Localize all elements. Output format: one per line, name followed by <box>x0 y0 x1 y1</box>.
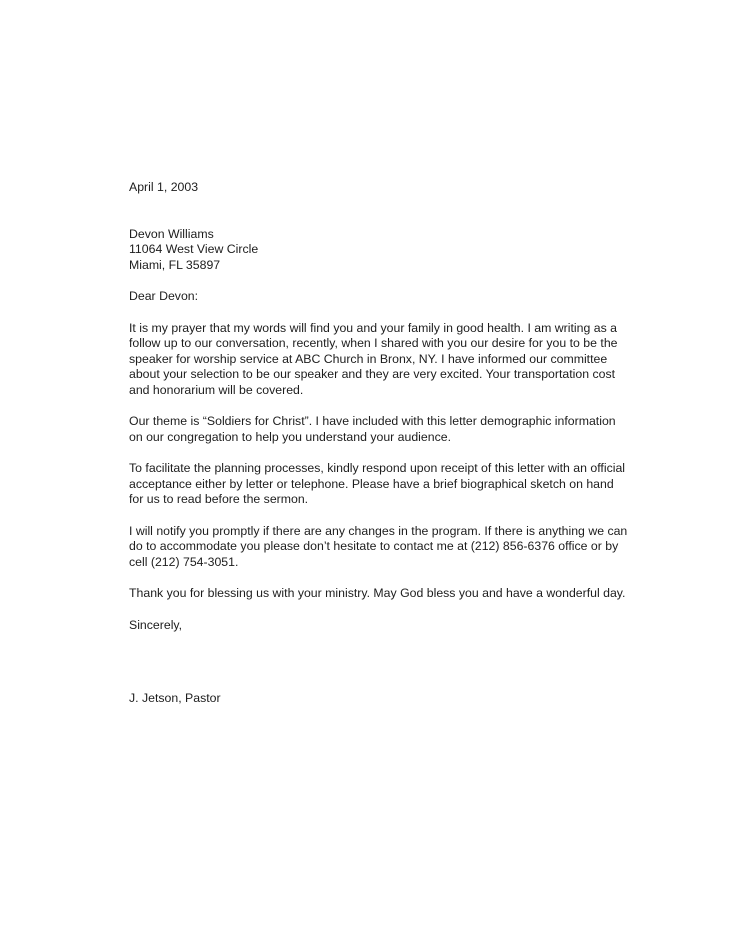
salutation: Dear Devon: <box>129 289 631 305</box>
letter-date: April 1, 2003 <box>129 180 631 196</box>
recipient-name: Devon Williams <box>129 227 631 243</box>
recipient-address-line2: Miami, FL 35897 <box>129 258 631 274</box>
recipient-block: Devon Williams 11064 West View Circle Mi… <box>129 227 631 274</box>
letter-body: April 1, 2003 Devon Williams 11064 West … <box>129 180 631 707</box>
paragraph-4: I will notify you promptly if there are … <box>129 524 631 571</box>
recipient-address-line1: 11064 West View Circle <box>129 242 631 258</box>
paragraph-5: Thank you for blessing us with your mini… <box>129 586 631 602</box>
signature-line: J. Jetson, Pastor <box>129 691 631 707</box>
paragraph-3: To facilitate the planning processes, ki… <box>129 461 631 508</box>
closing: Sincerely, <box>129 618 631 634</box>
paragraph-1: It is my prayer that my words will find … <box>129 321 631 399</box>
letter-page: April 1, 2003 Devon Williams 11064 West … <box>0 0 736 952</box>
paragraph-2: Our theme is “Soldiers for Christ”. I ha… <box>129 414 631 445</box>
